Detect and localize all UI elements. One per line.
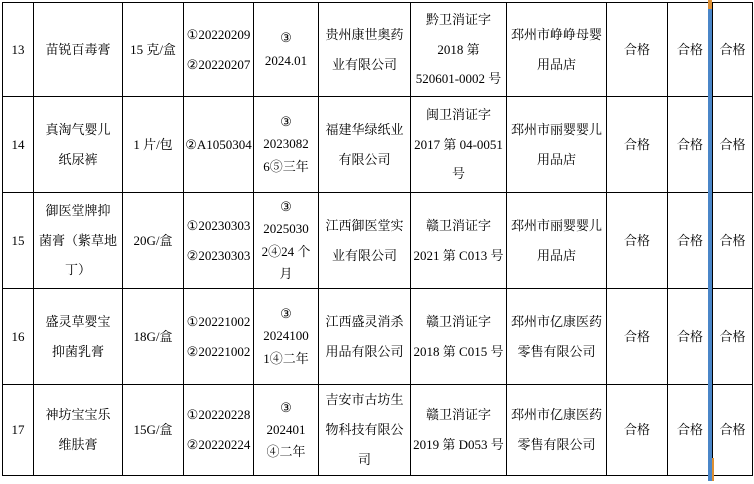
cell-sampled-store: 邳州市峥峥母婴 用品店 <box>507 3 607 97</box>
cell-license-number: 赣卫消证字 2021 第 C013 号 <box>411 193 507 289</box>
cell-spec: 18G/盒 <box>123 289 184 385</box>
cell-date-shelflife: ③ 202401 ④二年 <box>254 385 319 476</box>
cell-license-number: 赣卫消证字 2019 第 D053 号 <box>411 385 507 476</box>
cell-manufacturer: 江西御医堂实 业有限公司 <box>319 193 411 289</box>
table-row: 13 苗锐百毒膏 15 克/盒 ①20220209 ②20220207 ③ 20… <box>3 3 753 97</box>
highlight-line-top-cap <box>708 0 712 9</box>
cell-manufacturer: 吉安市古坊生 物科技有限公 司 <box>319 385 411 476</box>
cell-result-1: 合格 <box>607 193 668 289</box>
cell-result-1: 合格 <box>607 289 668 385</box>
cell-result-2: 合格 <box>668 97 713 193</box>
cell-license-number: 黔卫消证字 2018 第 520601-0002 号 <box>411 3 507 97</box>
cell-result-3: 合格 <box>713 97 753 193</box>
cell-batch-number: ①20230303 ②20230303 <box>184 193 254 289</box>
table-row: 15 御医堂牌抑 菌膏（紫草地 丁） 20G/盒 ①20230303 ②2023… <box>3 193 753 289</box>
cell-result-2: 合格 <box>668 385 713 476</box>
cell-result-3: 合格 <box>713 385 753 476</box>
cell-sampled-store: 邳州市亿康医药 零售有限公司 <box>507 289 607 385</box>
cell-sampled-store: 邳州市亿康医药 零售有限公司 <box>507 385 607 476</box>
vertical-highlight-line <box>708 0 712 481</box>
cell-result-3: 合格 <box>713 289 753 385</box>
cell-result-1: 合格 <box>607 3 668 97</box>
cell-product-name: 真淘气婴儿 纸尿裤 <box>34 97 123 193</box>
cell-result-1: 合格 <box>607 385 668 476</box>
cell-row-number: 16 <box>3 289 34 385</box>
cell-batch-number: ①20221002 ②20221002 <box>184 289 254 385</box>
cell-result-3: 合格 <box>713 3 753 97</box>
cell-row-number: 17 <box>3 385 34 476</box>
cell-result-2: 合格 <box>668 3 713 97</box>
highlight-line-bottom-cap <box>712 458 714 481</box>
table-row: 17 神坊宝宝乐 维肤膏 15G/盒 ①20220228 ②20220224 ③… <box>3 385 753 476</box>
table-row: 14 真淘气婴儿 纸尿裤 1 片/包 ②A1050304 ③ 2023082 6… <box>3 97 753 193</box>
cell-date-shelflife: ③ 2023082 6⑤三年 <box>254 97 319 193</box>
cell-license-number: 赣卫消证字 2018 第 C015 号 <box>411 289 507 385</box>
cell-result-3: 合格 <box>713 193 753 289</box>
cell-sampled-store: 邳州市丽婴婴儿 用品店 <box>507 97 607 193</box>
cell-date-shelflife: ③ 2024100 1④二年 <box>254 289 319 385</box>
cell-product-name: 神坊宝宝乐 维肤膏 <box>34 385 123 476</box>
inspection-results-table: 13 苗锐百毒膏 15 克/盒 ①20220209 ②20220207 ③ 20… <box>2 2 753 476</box>
cell-product-name: 盛灵草婴宝 抑菌乳膏 <box>34 289 123 385</box>
cell-batch-number: ②A1050304 <box>184 97 254 193</box>
cell-row-number: 13 <box>3 3 34 97</box>
cell-spec: 20G/盒 <box>123 193 184 289</box>
cell-row-number: 14 <box>3 97 34 193</box>
cell-batch-number: ①20220209 ②20220207 <box>184 3 254 97</box>
cell-spec: 15G/盒 <box>123 385 184 476</box>
cell-batch-number: ①20220228 ②20220224 <box>184 385 254 476</box>
cell-row-number: 15 <box>3 193 34 289</box>
cell-sampled-store: 邳州市丽婴婴儿 用品店 <box>507 193 607 289</box>
table-row: 16 盛灵草婴宝 抑菌乳膏 18G/盒 ①20221002 ②20221002 … <box>3 289 753 385</box>
cell-result-2: 合格 <box>668 193 713 289</box>
cell-manufacturer: 贵州康世奥药 业有限公司 <box>319 3 411 97</box>
cell-date-shelflife: ③ 2024.01 <box>254 3 319 97</box>
cell-product-name: 苗锐百毒膏 <box>34 3 123 97</box>
cell-spec: 15 克/盒 <box>123 3 184 97</box>
cell-spec: 1 片/包 <box>123 97 184 193</box>
cell-result-1: 合格 <box>607 97 668 193</box>
cell-manufacturer: 福建华绿纸业 有限公司 <box>319 97 411 193</box>
cell-manufacturer: 江西盛灵消杀 用品有限公司 <box>319 289 411 385</box>
cell-result-2: 合格 <box>668 289 713 385</box>
cell-product-name: 御医堂牌抑 菌膏（紫草地 丁） <box>34 193 123 289</box>
cell-date-shelflife: ③ 2025030 2④24 个 月 <box>254 193 319 289</box>
cell-license-number: 闽卫消证字 2017 第 04-0051 号 <box>411 97 507 193</box>
